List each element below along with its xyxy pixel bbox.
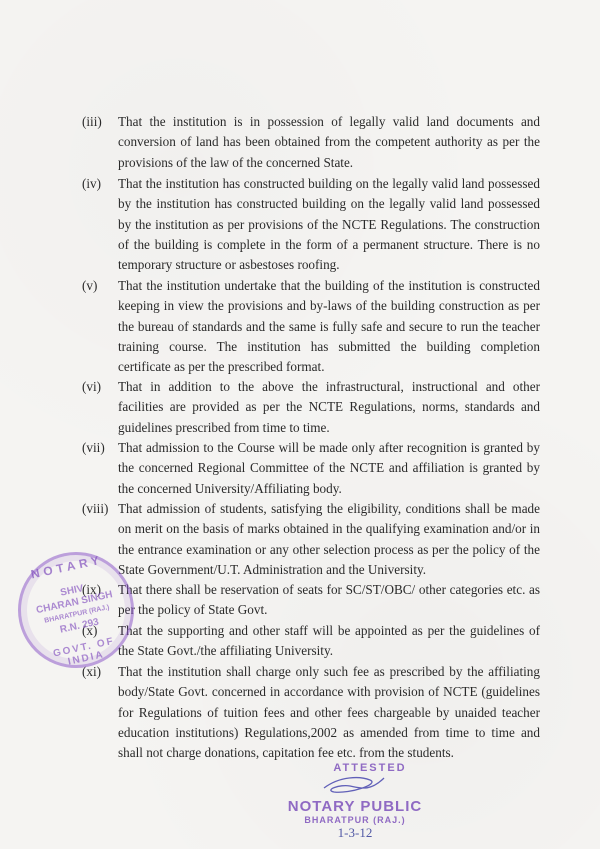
clause-text: That the institution has constructed bui… (118, 174, 540, 275)
clause-text: That the institution undertake that the … (118, 276, 540, 377)
notary-place: BHARATPUR (RAJ.) (270, 815, 440, 825)
clause-number: (vi) (82, 377, 101, 397)
notary-title: NOTARY PUBLIC (270, 798, 440, 815)
clause-text: That the supporting and other staff will… (118, 621, 540, 662)
document-page: (iii) That the institution is in possess… (0, 0, 600, 849)
notary-public-stamp: ATTESTED NOTARY PUBLIC BHARATPUR (RAJ.) … (270, 762, 440, 841)
clause-text: That the institution shall charge only s… (118, 662, 540, 763)
clause-text: That the institution is in possession of… (118, 112, 540, 173)
clause-text: That admission to the Course will be mad… (118, 438, 540, 499)
clause-number: (iv) (82, 174, 101, 194)
clause-number: (v) (82, 276, 97, 296)
clause-text: That admission of students, satisfying t… (118, 499, 540, 580)
clause-text: That in addition to the above the infras… (118, 377, 540, 438)
seal-inner: SHIV CHARAN SINGH BHARATPUR (RAJ.) R.N. … (25, 576, 127, 642)
attested-label: ATTESTED (300, 762, 440, 774)
signature-scribble-icon (320, 774, 390, 796)
signature (270, 774, 440, 796)
notary-date: 1-3-12 (270, 825, 440, 841)
clause-number: (viii) (82, 499, 108, 519)
seal-top-text: NOTARY (21, 551, 112, 583)
clause-number: (vii) (82, 438, 105, 458)
clause-text: That there shall be reservation of seats… (118, 580, 540, 621)
clause-number: (iii) (82, 112, 102, 132)
